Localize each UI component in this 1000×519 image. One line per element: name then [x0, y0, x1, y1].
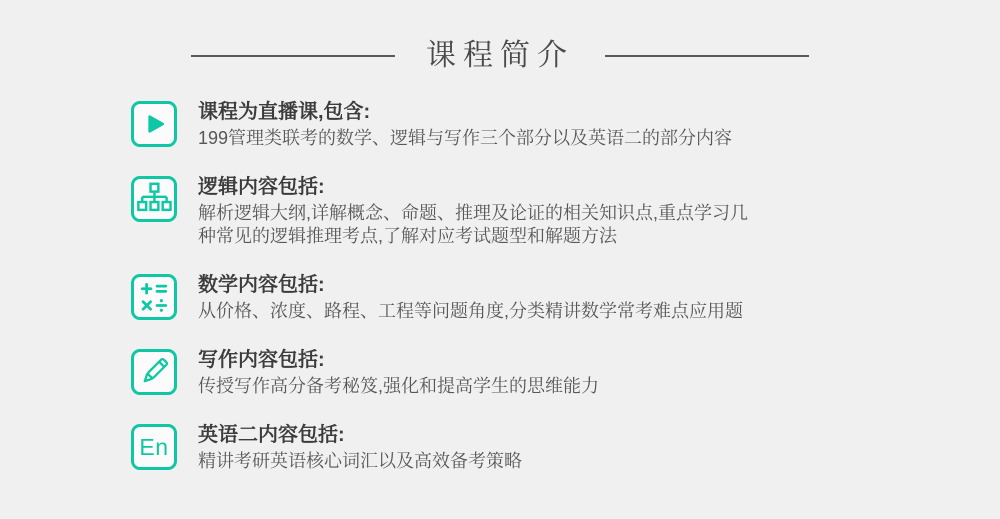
- math-icon: [131, 274, 177, 320]
- section-desc: 解析逻辑大纲,详解概念、命题、推理及论证的相关知识点,重点学习几 种常见的逻辑推…: [198, 202, 748, 248]
- section-text: 英语二内容包括: 精讲考研英语核心词汇以及高效备考策略: [198, 423, 522, 473]
- english-icon: En: [131, 424, 177, 470]
- english-icon-label: En: [139, 436, 168, 459]
- course-intro-page: 课程简介 课程为直播课,包含: 199管理类联考的数学、逻辑与写作三个部分以及英…: [0, 0, 1000, 519]
- pencil-icon: [131, 349, 177, 395]
- section-desc: 传授写作高分备考秘笈,强化和提高学生的思维能力: [198, 375, 599, 398]
- section-text: 数学内容包括: 从价格、浓度、路程、工程等问题角度,分类精讲数学常考难点应用题: [198, 273, 743, 323]
- section-title: 数学内容包括:: [198, 273, 743, 298]
- section-desc: 199管理类联考的数学、逻辑与写作三个部分以及英语二的部分内容: [198, 127, 732, 150]
- course-section-writing: 写作内容包括: 传授写作高分备考秘笈,强化和提高学生的思维能力: [131, 348, 1000, 398]
- header-rule-right: [605, 55, 809, 57]
- section-title: 逻辑内容包括:: [198, 175, 748, 200]
- section-list: 课程为直播课,包含: 199管理类联考的数学、逻辑与写作三个部分以及英语二的部分…: [131, 100, 1000, 473]
- course-section-live: 课程为直播课,包含: 199管理类联考的数学、逻辑与写作三个部分以及英语二的部分…: [131, 100, 1000, 150]
- section-title: 英语二内容包括:: [198, 423, 522, 448]
- orgchart-icon: [131, 176, 177, 222]
- section-desc: 从价格、浓度、路程、工程等问题角度,分类精讲数学常考难点应用题: [198, 300, 743, 323]
- section-title: 课程为直播课,包含:: [198, 100, 732, 125]
- page-title: 课程简介: [426, 36, 574, 76]
- section-text: 课程为直播课,包含: 199管理类联考的数学、逻辑与写作三个部分以及英语二的部分…: [198, 100, 732, 150]
- header-rule-left: [191, 55, 395, 57]
- course-section-math: 数学内容包括: 从价格、浓度、路程、工程等问题角度,分类精讲数学常考难点应用题: [131, 273, 1000, 323]
- section-text: 逻辑内容包括: 解析逻辑大纲,详解概念、命题、推理及论证的相关知识点,重点学习几…: [198, 175, 748, 248]
- play-icon: [131, 101, 177, 147]
- section-text: 写作内容包括: 传授写作高分备考秘笈,强化和提高学生的思维能力: [198, 348, 599, 398]
- course-section-logic: 逻辑内容包括: 解析逻辑大纲,详解概念、命题、推理及论证的相关知识点,重点学习几…: [131, 175, 1000, 248]
- section-title: 写作内容包括:: [198, 348, 599, 373]
- course-section-english: En 英语二内容包括: 精讲考研英语核心词汇以及高效备考策略: [131, 423, 1000, 473]
- page-header: 课程简介: [0, 0, 1000, 76]
- section-desc: 精讲考研英语核心词汇以及高效备考策略: [198, 450, 522, 473]
